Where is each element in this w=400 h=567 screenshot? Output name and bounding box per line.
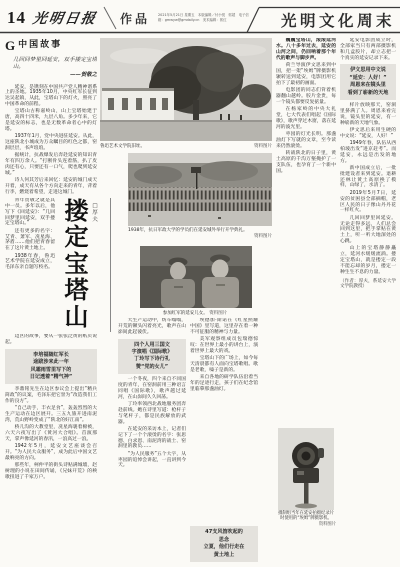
china-story-label: 中国故事 bbox=[18, 43, 62, 49]
paragraph-list-c1narrow: 青年贺敬之就是其中一员。多年以后，他写下《回延安》：“几回回梦里回延安，双手搂定… bbox=[5, 198, 55, 332]
photo-kangda-caption-row: 1938年，抗日军政大学的学员们在延安城外举行开学典礼。 资料图片 bbox=[128, 228, 272, 239]
column-1-bottom: 边区的故事，要从一张张泛黄的纸页说起。 李培福随红军长途跋涉来此一年风霜雨雪里写… bbox=[5, 334, 97, 562]
edition-info: 2021年5月21日 星期五 本版编辑／付小悦 郭超 电子信箱：gmwyw@gm… bbox=[158, 13, 254, 22]
photo-luyi-credit: 资料图片 bbox=[254, 144, 272, 150]
paragraph-list-c4: 荷兰导演伊文思来到中国，把一架“埃姆”牌摄影机辗转送到延安，电影团用它拍下了最初… bbox=[276, 63, 336, 174]
crosshead-li-peifu: 李培福随红军长途跋涉来此一年风霜雨雪里写下的日记透着“精气神” bbox=[5, 349, 97, 385]
photo-film-camera bbox=[278, 428, 334, 510]
epigraph-attribution: ——贺敬之 bbox=[13, 72, 97, 79]
crosshead-internationale: 四个人用三国文字演唱《国际歌》丁玲写下诗行礼赞“党的女儿” bbox=[118, 339, 186, 375]
china-story-badge-icon: G bbox=[5, 38, 15, 54]
photo-luyi-site bbox=[100, 38, 272, 141]
column-2: 大生产运动中，纺车嗡嗡，开荒的镢头闪着亮光，歌声在山峁间此起彼伏。 四个人用三国… bbox=[118, 318, 186, 562]
paragraph-list-c1bottom: 李鼎铭先生在边区参议会上提出“精兵简政”的议案，毛泽东把它誉为“改造我们工作的良… bbox=[5, 387, 97, 481]
column-5: 延安电影团成立时，全部家当只有两部摄影机和几盒胶片，却立志把一个真实的延安记录下… bbox=[340, 38, 396, 562]
article-author: □厚夫 bbox=[92, 203, 99, 332]
column-1-top: G 中国故事 几回回梦里回延安，双手搂定宝塔山。 ——贺敬之 延安，是镌刻在中国… bbox=[5, 38, 97, 196]
paragraph-list-c5bottom: 样片放映那天，窑洞里挤满了人。周恩来看完说，镜头里的延安，有一种崭新的天地气象。… bbox=[340, 103, 396, 276]
weekend-banner-title: 光明文化周末 bbox=[255, 9, 395, 31]
paragraph-list-c2bottom: 一个冬夜，四个来自不同国度的青年，在窑洞前用三种语言同唱《国际歌》，歌声越过延河… bbox=[118, 377, 186, 469]
photo-camera-caption-row: 摄制组当年在延安拍摄纪录片时使用的“埃姆”牌摄影机。 资料图片 bbox=[276, 511, 336, 527]
photo-red-army-graphic bbox=[140, 246, 252, 308]
photo-kangda-graphic bbox=[128, 153, 272, 226]
photo-luyi-caption-row: 鲁迅艺术文学院旧址。 资料图片 bbox=[100, 144, 272, 150]
photo-red-army-caption-row: 参加红军的延安儿女。 资料图片 bbox=[118, 311, 272, 317]
crosshead-ivens: 伊文思用中文说“延安：人好！”周恩来在镜头里看到了崭新的天地 bbox=[340, 64, 396, 100]
photo-kangda-caption: 1938年，抗日军政大学的学员们在延安城外举行开学典礼。 bbox=[128, 228, 247, 233]
article-title-block: 搂定宝塔山 □厚夫 bbox=[55, 198, 111, 332]
page-header: 14 光明日报 作品 2021年5月21日 星期五 本版编辑／付小悦 郭超 电子… bbox=[0, 0, 400, 34]
photo-camera-caption: 摄制组当年在延安拍摄纪录片时使用的“埃姆”牌摄影机。 bbox=[278, 511, 334, 521]
photo-luyi-caption: 鲁迅艺术文学院旧址。 bbox=[100, 144, 145, 150]
photo-kangda-credit: 资料图片 bbox=[128, 234, 272, 240]
bold-lead-paragraph: 巍巍宝塔山，滚滚延河水。八十多年过去，延安的山河之间，仍回响着那个年代的歌声与脚… bbox=[276, 38, 336, 61]
masthead-logo: 光明日报 bbox=[31, 8, 99, 28]
paragraph-list-c5top: 延安电影团成立时，全部家当只有两部摄影机和几盒胶片，却立志把一个真实的延安记录下… bbox=[340, 38, 396, 61]
photo-red-army-caption: 参加红军的延安儿女。 bbox=[163, 311, 208, 316]
section-title: 作品 bbox=[120, 10, 150, 27]
photo-red-army-credit: 资料图片 bbox=[209, 311, 227, 316]
paragraph-list-c1top: 延安，是镌刻在中国共产党人精神谱系上的圣地。1935年10月，中央红军长征到达吴… bbox=[5, 85, 97, 196]
newspaper-page: 14 光明日报 作品 2021年5月21日 星期五 本版编辑／付小悦 郭超 电子… bbox=[0, 0, 400, 567]
china-story-logo: G 中国故事 bbox=[5, 38, 97, 54]
column-4-text: 巍巍宝塔山，滚滚延河水。八十多年过去，延安的山河之间，仍回响着那个年代的歌声与脚… bbox=[276, 38, 336, 426]
column-3: 埃德加·斯诺在《红星照耀中国》里写道，这里存在着一种不可征服的精神与力量。美军观… bbox=[190, 318, 258, 562]
paragraph-list-c1pre: 边区的故事，要从一张张泛黄的纸页说起。 bbox=[5, 334, 97, 346]
epigraph-text: 几回回梦里回延安，双手搂定宝塔山。 bbox=[13, 57, 97, 70]
paragraph-list-c2top: 大生产运动中，纺车嗡嗡，开荒的镢头闪着亮光，歌声在山峁间此起彼伏。 bbox=[118, 318, 186, 336]
column-4: 巍巍宝塔山，滚滚延河水。八十多年过去，延安的山河之间，仍回响着那个年代的歌声与脚… bbox=[276, 38, 336, 562]
photo-camera-credit: 资料图片 bbox=[276, 522, 336, 527]
photo-kangda-ceremony bbox=[128, 153, 272, 226]
paragraph-list-c3: 埃德加·斯诺在《红星照耀中国》里写道，这里存在着一种不可征服的精神与力量。美军观… bbox=[190, 318, 258, 523]
article-title: 搂定宝塔山 bbox=[64, 198, 90, 332]
photo-camera-graphic bbox=[278, 428, 334, 510]
photo-luyi-graphic bbox=[100, 38, 272, 141]
photo-red-army-youth bbox=[140, 246, 252, 308]
author-end-note: （作者：厚夫，系延安大学文学院教授） bbox=[340, 279, 396, 291]
epigraph: 几回回梦里回延安，双手搂定宝塔山。 ——贺敬之 bbox=[13, 57, 97, 80]
crosshead-47-flutes: 47支风笛吹起的思念立夏，他们行走在黄土地上 bbox=[190, 526, 258, 562]
page-number: 14 bbox=[7, 8, 26, 28]
title-row: 青年贺敬之就是其中一员。多年以后，他写下《回延安》：“几回回梦里回延安，双手搂定… bbox=[5, 198, 111, 332]
